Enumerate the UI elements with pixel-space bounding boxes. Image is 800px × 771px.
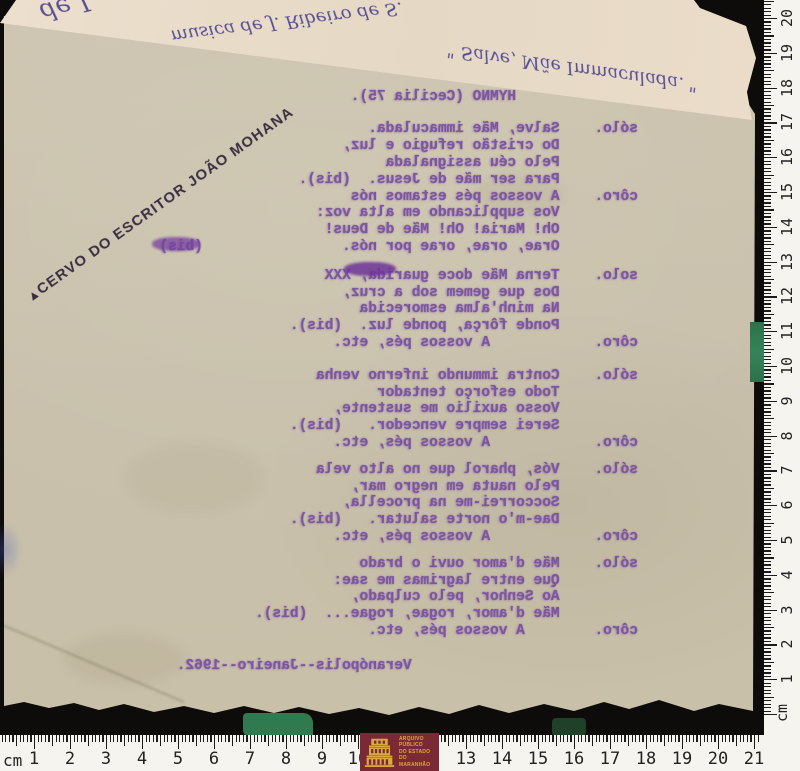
ruler-tick	[764, 408, 771, 409]
ruler-tick	[743, 735, 744, 742]
ruler-tick	[764, 126, 771, 127]
ruler-number: 12	[778, 285, 794, 307]
ruler-tick	[764, 157, 777, 158]
ruler-tick	[764, 356, 771, 357]
ruler-tick	[764, 509, 771, 510]
ruler-tick	[764, 599, 771, 600]
ruler-tick	[189, 735, 190, 742]
ruler-number: 5	[778, 529, 794, 551]
ruler-tick	[52, 735, 53, 746]
ruler-tick	[764, 411, 771, 412]
ruler-tick	[610, 735, 611, 749]
ruler-tick	[764, 707, 771, 708]
ruler-tick	[764, 505, 777, 506]
ruler-tick	[448, 735, 449, 746]
ruler-tick	[764, 369, 771, 370]
ruler-tick	[542, 735, 543, 742]
ruler-tick	[764, 195, 771, 196]
typed-line: sólo. Contra immundo inferno venha	[2, 368, 756, 385]
ruler-tick	[531, 735, 532, 742]
ruler-number: 2	[778, 633, 794, 655]
ruler-number: 17	[598, 749, 622, 769]
ruler-tick	[764, 530, 771, 531]
ruler-tick	[764, 547, 771, 548]
ruler-tick	[146, 735, 147, 742]
ruler-tick	[764, 154, 771, 155]
ruler-tick	[764, 711, 771, 712]
ruler-tick	[300, 735, 301, 742]
ruler-tick	[764, 516, 771, 517]
ruler-tick	[764, 376, 771, 377]
ruler-number: 15	[778, 181, 794, 203]
ruler-tick	[588, 735, 589, 742]
ruler-tick	[732, 735, 733, 742]
ruler-tick	[764, 282, 771, 283]
ruler-number: 15	[526, 749, 550, 769]
ruler-tick	[764, 307, 771, 308]
ruler-tick	[764, 404, 771, 405]
ruler-tick	[740, 735, 741, 742]
typed-line: côro. A vossos pés, etc.	[2, 623, 756, 640]
ruler-tick	[764, 550, 771, 551]
ruler-tick	[764, 453, 774, 454]
ruler-tick	[696, 735, 697, 742]
ruler-tick	[614, 735, 615, 742]
ruler-tick	[764, 540, 777, 541]
ruler-tick	[764, 293, 771, 294]
ruler-number: 6	[778, 494, 794, 516]
ruler-tick	[354, 735, 355, 742]
ruler-tick	[120, 735, 121, 742]
ruler-tick	[764, 665, 771, 666]
ruler-number: 20	[706, 749, 730, 769]
ruler-number: 7	[238, 749, 262, 769]
typed-line: Que entre lagrimas me sae:	[2, 573, 756, 590]
ruler-tick	[764, 669, 771, 670]
ruler-tick	[764, 686, 771, 687]
ruler-tick	[668, 735, 669, 742]
ruler-tick	[764, 32, 771, 33]
ruler-tick	[34, 735, 35, 749]
ruler-tick	[764, 352, 771, 353]
ruler-tick	[764, 519, 771, 520]
ruler-tick	[268, 735, 269, 746]
typed-line: sólo. Vós, pharol que no alto vela	[2, 462, 756, 479]
ruler-tick	[764, 575, 777, 576]
ruler-tick	[764, 394, 771, 395]
typed-line: Ao Senhor, pelo culpado,	[2, 589, 756, 606]
ruler-tick	[764, 185, 771, 186]
ruler-tick	[99, 735, 100, 742]
ruler-tick	[764, 189, 771, 190]
typed-line: Pelo céu assignalada	[2, 155, 756, 172]
ruler-tick	[556, 735, 557, 746]
ruler-tick	[764, 335, 771, 336]
ruler-tick	[764, 213, 771, 214]
ruler-tick	[455, 735, 456, 742]
ruler-tick	[764, 610, 777, 611]
ruler-tick	[110, 735, 111, 742]
ruler-tick	[764, 53, 777, 54]
ruler-tick	[764, 206, 771, 207]
ruler-tick	[59, 735, 60, 742]
ruler-vertical-unit: cm	[773, 695, 791, 731]
ruler-tick	[764, 251, 771, 252]
ruler-tick	[495, 735, 496, 742]
typed-line: Vos supplicando em alta voz:	[2, 205, 756, 222]
ruler-tick	[272, 735, 273, 742]
ruler-tick	[764, 349, 774, 350]
ruler-number: 1	[778, 668, 794, 690]
ruler-tick	[764, 655, 771, 656]
ruler-tick	[764, 463, 771, 464]
ruler-tick	[171, 735, 172, 742]
ruler-tick	[764, 279, 774, 280]
hymn-stanza: sólo. Contra immundo inferno venha Todo …	[2, 368, 756, 452]
ruler-tick	[764, 644, 777, 645]
ruler-tick	[466, 735, 467, 749]
ruler-tick	[764, 432, 771, 433]
handwriting-fragment: de J.	[37, 0, 97, 27]
ruler-tick	[764, 21, 771, 22]
ruler-tick	[764, 446, 771, 447]
ruler-tick	[2, 735, 3, 742]
ruler-tick	[538, 735, 539, 749]
ruler-tick	[764, 502, 771, 503]
ruler-tick	[764, 15, 771, 16]
ruler-tick	[441, 735, 442, 742]
ruler-tick	[764, 589, 771, 590]
typed-line: Para ser mãe de Jesus. (bis).	[2, 172, 756, 189]
ruler-number: 4	[130, 749, 154, 769]
ruler-tick	[764, 81, 771, 82]
ruler-tick	[196, 735, 197, 746]
scanner-green-strip-bottom-small	[552, 718, 586, 736]
ruler-tick	[66, 735, 67, 742]
ruler-tick	[203, 735, 204, 742]
ruler-tick	[315, 735, 316, 742]
ruler-tick	[764, 630, 771, 631]
ruler-tick	[340, 735, 341, 746]
ink-blot-over-bis	[152, 237, 200, 251]
ruler-tick	[192, 735, 193, 742]
ruler-tick	[178, 735, 179, 749]
ruler-tick	[38, 735, 39, 742]
ruler-tick	[628, 735, 629, 746]
ruler-tick	[764, 564, 771, 565]
ruler-tick	[764, 617, 771, 618]
ruler-tick	[689, 735, 690, 742]
ruler-tick	[102, 735, 103, 742]
ruler-tick	[764, 310, 771, 311]
ruler-tick	[764, 401, 777, 402]
ruler-number: 16	[778, 146, 794, 168]
ruler-tick	[764, 8, 771, 9]
ruler-tick	[758, 735, 759, 742]
ruler-tick	[671, 735, 672, 742]
ruler-tick	[660, 735, 661, 742]
ruler-tick	[764, 199, 771, 200]
ruler-tick	[509, 735, 510, 742]
ruler-tick	[764, 537, 771, 538]
ruler-tick	[764, 56, 771, 57]
ruler-tick	[282, 735, 283, 742]
ruler-tick	[764, 422, 771, 423]
ruler-tick	[488, 735, 489, 742]
ruler-tick	[764, 265, 771, 266]
ruler-tick	[333, 735, 334, 742]
ruler-tick	[764, 122, 777, 123]
ruler-number: 3	[778, 599, 794, 621]
ruler-tick	[214, 735, 215, 749]
ruler-tick	[585, 735, 586, 742]
ruler-number: 16	[562, 749, 586, 769]
ruler-tick	[308, 735, 309, 742]
ruler-tick	[764, 495, 771, 496]
ruler-tick	[642, 735, 643, 742]
ruler-tick	[764, 296, 777, 297]
ruler-number: 2	[58, 749, 82, 769]
ruler-tick	[764, 300, 771, 301]
ruler-tick	[686, 735, 687, 742]
typed-line: Dos que gemem sob a cruz,	[2, 285, 756, 302]
ruler-tick	[764, 140, 774, 141]
ruler-tick	[218, 735, 219, 742]
ruler-tick	[92, 735, 93, 742]
ruler-tick	[167, 735, 168, 742]
ruler-tick	[764, 571, 771, 572]
ruler-tick	[250, 735, 251, 749]
ruler-tick	[545, 735, 546, 742]
ruler-tick	[653, 735, 654, 742]
ruler-tick	[722, 735, 723, 742]
ruler-number: 5	[166, 749, 190, 769]
ruler-tick	[606, 735, 607, 742]
ruler-tick	[764, 321, 771, 322]
ink-blot-over-xxx	[344, 262, 396, 276]
ruler-tick	[764, 634, 771, 635]
ruler-number: 6	[202, 749, 226, 769]
ruler-tick	[452, 735, 453, 742]
ruler-tick	[764, 1, 774, 2]
ruler-tick	[764, 366, 777, 367]
ruler-tick	[228, 735, 229, 742]
ruler-tick	[63, 735, 64, 742]
ruler-tick	[764, 49, 771, 50]
ruler-tick	[304, 735, 305, 746]
ruler-tick	[764, 39, 771, 40]
ruler-vertical: 2019181716151413121110987654321	[764, 0, 800, 737]
ruler-tick	[578, 735, 579, 742]
ruler-tick	[764, 115, 771, 116]
ruler-tick	[297, 735, 298, 742]
ruler-tick	[764, 192, 777, 193]
ruler-number: 11	[778, 320, 794, 342]
ruler-tick	[599, 735, 600, 742]
ruler-tick	[764, 4, 771, 5]
typed-line: côro. A vossos pés, etc.	[2, 435, 756, 452]
ruler-number: 1	[22, 749, 46, 769]
ruler-tick	[729, 735, 730, 742]
ruler-tick	[664, 735, 665, 746]
ruler-tick	[764, 383, 774, 384]
ruler-tick	[480, 735, 481, 742]
ruler-tick	[164, 735, 165, 742]
ruler-tick	[275, 735, 276, 742]
ruler-tick	[764, 582, 771, 583]
handwriting-musica-de: musica de J. Ribeiro de S.	[170, 0, 429, 47]
hymn-stanza: sólo. Vós, pharol que no alto vela Pelo …	[2, 462, 756, 546]
ruler-tick	[329, 735, 330, 742]
ruler-tick	[764, 237, 771, 238]
ruler-tick	[650, 735, 651, 742]
ruler-tick	[117, 735, 118, 742]
ruler-tick	[16, 735, 17, 746]
ruler-tick	[135, 735, 136, 742]
ruler-tick	[570, 735, 571, 742]
ruler-tick	[351, 735, 352, 742]
ruler-tick	[764, 683, 771, 684]
ruler-tick	[149, 735, 150, 742]
ruler-tick	[462, 735, 463, 742]
ruler-tick	[764, 456, 771, 457]
ruler-tick	[764, 603, 771, 604]
ruler-tick	[279, 735, 280, 742]
ruler-tick	[632, 735, 633, 742]
ruler-tick	[322, 735, 323, 749]
ruler-tick	[764, 272, 771, 273]
ruler-tick	[704, 735, 705, 742]
ruler-tick	[764, 397, 771, 398]
ruler-tick	[725, 735, 726, 742]
ruler-number: 8	[778, 425, 794, 447]
ruler-tick	[764, 227, 777, 228]
ruler-tick	[764, 91, 771, 92]
ruler-tick	[764, 704, 771, 705]
ruler-tick	[718, 735, 719, 749]
ruler-tick	[764, 175, 774, 176]
ruler-tick	[70, 735, 71, 749]
ruler-tick	[764, 658, 771, 659]
ruler-tick	[764, 317, 771, 318]
ruler-tick	[336, 735, 337, 742]
typed-line: Ponde fôrça, ponde luz. (bis).	[2, 318, 756, 335]
ruler-number: 9	[778, 390, 794, 412]
ruler-number: 8	[274, 749, 298, 769]
ruler-tick	[567, 735, 568, 742]
typed-line: sólo. Salve, Mãe immaculada.	[2, 121, 756, 138]
ruler-tick	[153, 735, 154, 742]
ruler-tick	[764, 164, 771, 165]
ruler-tick	[754, 735, 755, 749]
ruler-number: 4	[778, 564, 794, 586]
ruler-tick	[764, 429, 771, 430]
ruler-tick	[764, 234, 771, 235]
ruler-tick	[764, 651, 771, 652]
ruler-tick	[574, 735, 575, 749]
typed-line: Veranópolis--Janeiro--1962.	[2, 658, 756, 675]
typed-line: Mãe d'amor, rogae, rogae... (bis).	[2, 606, 756, 623]
ruler-tick	[764, 18, 777, 19]
ruler-tick	[182, 735, 183, 742]
ruler-tick	[764, 150, 771, 151]
typed-line: Todo esforço tentador	[2, 385, 756, 402]
ruler-tick	[45, 735, 46, 742]
ruler-tick	[747, 735, 748, 742]
ruler-tick	[81, 735, 82, 742]
ruler-tick	[243, 735, 244, 742]
ruler-tick	[764, 373, 771, 374]
ruler-tick	[160, 735, 161, 746]
hymn-stanza: solo. Terna Mãe doce guarida, XXX Dos qu…	[2, 268, 756, 352]
ruler-tick	[128, 735, 129, 742]
ruler-horizontal-unit: cm	[3, 751, 22, 770]
ruler-tick	[764, 662, 774, 663]
ruler-tick	[257, 735, 258, 742]
ruler-tick	[736, 735, 737, 746]
ruler-number: 19	[778, 42, 794, 64]
ruler-tick	[232, 735, 233, 746]
ruler-tick	[124, 735, 125, 746]
ruler-tick	[27, 735, 28, 742]
ruler-tick	[682, 735, 683, 749]
ruler-tick	[764, 693, 771, 694]
ruler-tick	[290, 735, 291, 742]
ruler-tick	[764, 182, 771, 183]
ruler-tick	[764, 314, 774, 315]
ruler-tick	[764, 223, 771, 224]
ruler-tick	[764, 470, 777, 471]
ruler-tick	[225, 735, 226, 742]
ruler-tick	[254, 735, 255, 742]
ruler-tick	[764, 561, 771, 562]
ruler-tick	[77, 735, 78, 742]
hymn-stanza: sólo. Mãe d'amor ouvi o brado Que entre …	[2, 556, 756, 640]
ruler-tick	[520, 735, 521, 746]
archival-scan: Mãe Immaculada. HYMNO (Cecilia 75).sólo.…	[0, 0, 800, 771]
ruler-tick	[764, 596, 771, 597]
ruler-tick	[764, 95, 771, 96]
ruler-tick	[498, 735, 499, 742]
ruler-tick	[764, 331, 777, 332]
ruler-tick	[750, 735, 751, 742]
ruler-tick	[693, 735, 694, 742]
ruler-tick	[764, 606, 771, 607]
ruler-tick	[48, 735, 49, 742]
typed-footer: Veranópolis--Janeiro--1962.	[2, 658, 756, 675]
ruler-tick	[311, 735, 312, 742]
ruler-number: 18	[634, 749, 658, 769]
ruler-tick	[549, 735, 550, 742]
ruler-tick	[711, 735, 712, 742]
ruler-tick	[764, 98, 771, 99]
ruler-tick	[12, 735, 13, 742]
ruler-tick	[764, 363, 771, 364]
ruler-tick	[764, 484, 771, 485]
ruler-tick	[764, 624, 771, 625]
ruler-tick	[764, 289, 771, 290]
ruler-number: 17	[778, 111, 794, 133]
ruler-tick	[592, 735, 593, 746]
ruler-tick	[764, 286, 771, 287]
ruler-tick	[764, 161, 771, 162]
ruler-tick	[764, 147, 771, 148]
ruler-tick	[261, 735, 262, 742]
ruler-tick	[764, 585, 771, 586]
ruler-number: 13	[454, 749, 478, 769]
ruler-tick	[764, 345, 771, 346]
ruler-tick	[764, 418, 774, 419]
